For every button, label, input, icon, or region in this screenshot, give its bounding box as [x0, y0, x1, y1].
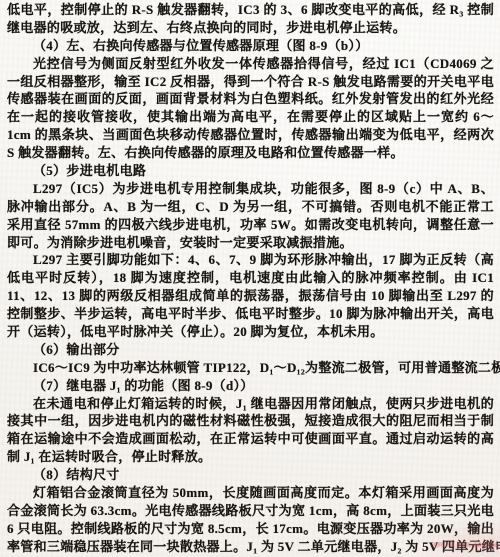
text-line: 率管和三端稳压器装在同一块散热器上。J₁ 为 5V 二单元继电器，J₂ 为 5V… — [7, 538, 494, 556]
text-line: 在未通电和停止灯箱运转的时候，J₁ 继电器因用常闭触点，使两只步进电机的绕组同时… — [7, 395, 494, 413]
page-text: 低电平，控制停止的 R-S 触发器翻转，IC3 的 3、6 脚改变电平的高低，经… — [7, 1, 494, 556]
text-line: L297（IC5）为步进电机专用控制集成块，功能很多，图 8-9（c）中 A、B… — [7, 180, 494, 198]
text-line: 箱在运输途中不会造成画面松动，在正常运转中可使画面平直。通过启动运转的高电平可控 — [7, 430, 494, 448]
text-line: L297 主要引脚功能如下：4、6、7、9 脚为环形脉冲输出，17 脚为正反转（… — [7, 251, 494, 269]
text-line: 接其中一组，因步进电机内的磁性材料磁性极强，短接造成很大的阻尼而相当于制动装置，… — [7, 412, 494, 430]
text-line: 在一起的接收管接收，使其输出端为高电平，在需要停止的区域贴上一宽约 6～8mm，… — [7, 108, 494, 126]
section-heading: （4）左、右换向传感器与位置传感器原理（图 8-9（b）） — [7, 37, 494, 55]
text-line: 灯箱铝合金滚筒直径为 50mm，长度随画面高度而定。本灯箱采用画面高度为 63c… — [7, 484, 494, 502]
text-line: 低电平，控制停止的 R-S 触发器翻转，IC3 的 3、6 脚改变电平的高低，经… — [7, 1, 494, 19]
text-line: 一组反相器整形，输至 IC2 反相器，得到一个符合 R-S 触发电路需要的开关电… — [7, 73, 494, 91]
text-line: 即可。为消除步进电机噪音，安装时一定要采取减振措施。 — [7, 234, 494, 252]
text-line: 1cm 的黑条块、当画面色块移动传感器位置时，传感器输出端变为低电平，经两次反相… — [7, 126, 494, 144]
text-line: 光控信号为侧面反射型红外收发一体传感器拾得信号，经过 IC1（CD4069 之反… — [7, 55, 494, 73]
text-line: 6 只电阻。控制线路板的尺寸为宽 8.5cm，长 17cm。电源变压器功率为 2… — [7, 520, 494, 538]
text-line: 采用直径 57mm 的四极六线步进电机，功率 5W。如需改变电机转向，调整任意一… — [7, 216, 494, 234]
text-line: 制 J₁ 在运转时吸合，停止时释放。 — [7, 448, 494, 466]
section-heading: （5）步进电机电路 — [7, 162, 494, 180]
text-line: 传感器装在画面的反面，画面背景材料为白色塑料纸。红外发射管发出的红外光经反射被装 — [7, 90, 494, 108]
section-heading: （7）继电器 J₁ 的功能（图 8-9（d）） — [7, 377, 494, 395]
text-line: IC6～IC9 为中功率达林顿管 TIP122，D₁～D₁₂为整流二极管，可用普… — [7, 359, 494, 377]
text-line: 11、12、13 脚的两级反相器组成简单的振荡器，振荡信号由 10 脚输出至 L… — [7, 287, 494, 305]
text-line: 开（运转），低电平时脉冲关（停止）。20 脚为复位，本机未用。 — [7, 323, 494, 341]
text-line: 脉冲输出部分。A、B 为一组，C、D 为另一组，不可搞错。否则电机不能正常工作，… — [7, 198, 494, 216]
text-line: S 触发器翻转。左、右换向传感器的原理及电路和位置传感器一样。 — [7, 144, 494, 162]
text-line: 继电器的吸或放，达到左、右终点换向的同时，步进电机停止运转。 — [7, 19, 494, 37]
section-heading: （8）结构尺寸 — [7, 466, 494, 484]
scanned-document-page: 低电平，控制停止的 R-S 触发器翻转，IC3 的 3、6 脚改变电平的高低，经… — [0, 0, 500, 557]
section-heading: （6）输出部分 — [7, 341, 494, 359]
text-line: 合金滚筒长为 63.3cm。光电传感器线路板尺寸为宽 1cm，高 8cm，上面装… — [7, 502, 494, 520]
text-line: 低电平时反转），18 脚为速度控制，电机速度由此输入的脉冲频率控制。由 IC1（… — [7, 269, 494, 287]
text-line: 控制整步、半步运转，高电平时半步、低电平时整步。10 脚为脉冲输出开关，高电平时… — [7, 305, 494, 323]
watermark-text: NR.AE.FPC 683.2M — [426, 542, 498, 549]
